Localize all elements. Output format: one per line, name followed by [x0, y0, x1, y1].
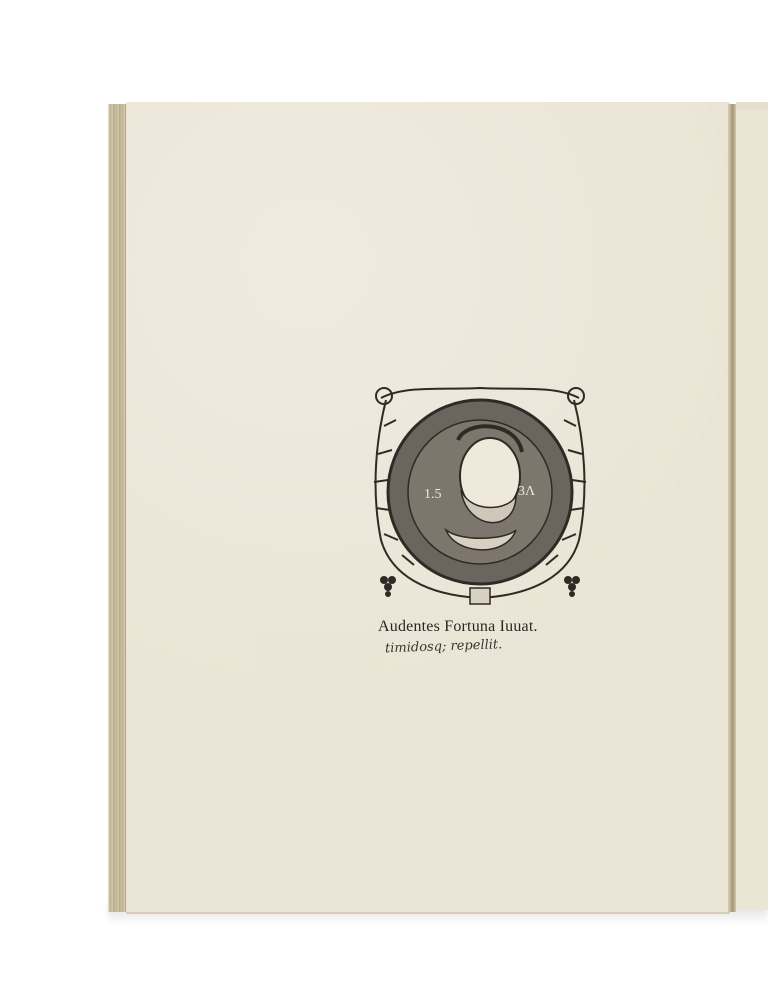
year-right: 3Λ — [518, 484, 536, 499]
woodcut-portrait-medallion: 1.5 3Λ — [366, 380, 594, 612]
book-gutter — [728, 104, 736, 912]
wreath-tie — [470, 588, 490, 604]
printed-motto: Audentes Fortuna Iuuat. — [378, 618, 578, 636]
year-left: 1.5 — [424, 487, 442, 502]
right-page — [736, 110, 768, 910]
open-book: 1.5 3Λ Audentes Fortuna Iuuat. timidosq;… — [0, 0, 768, 1003]
